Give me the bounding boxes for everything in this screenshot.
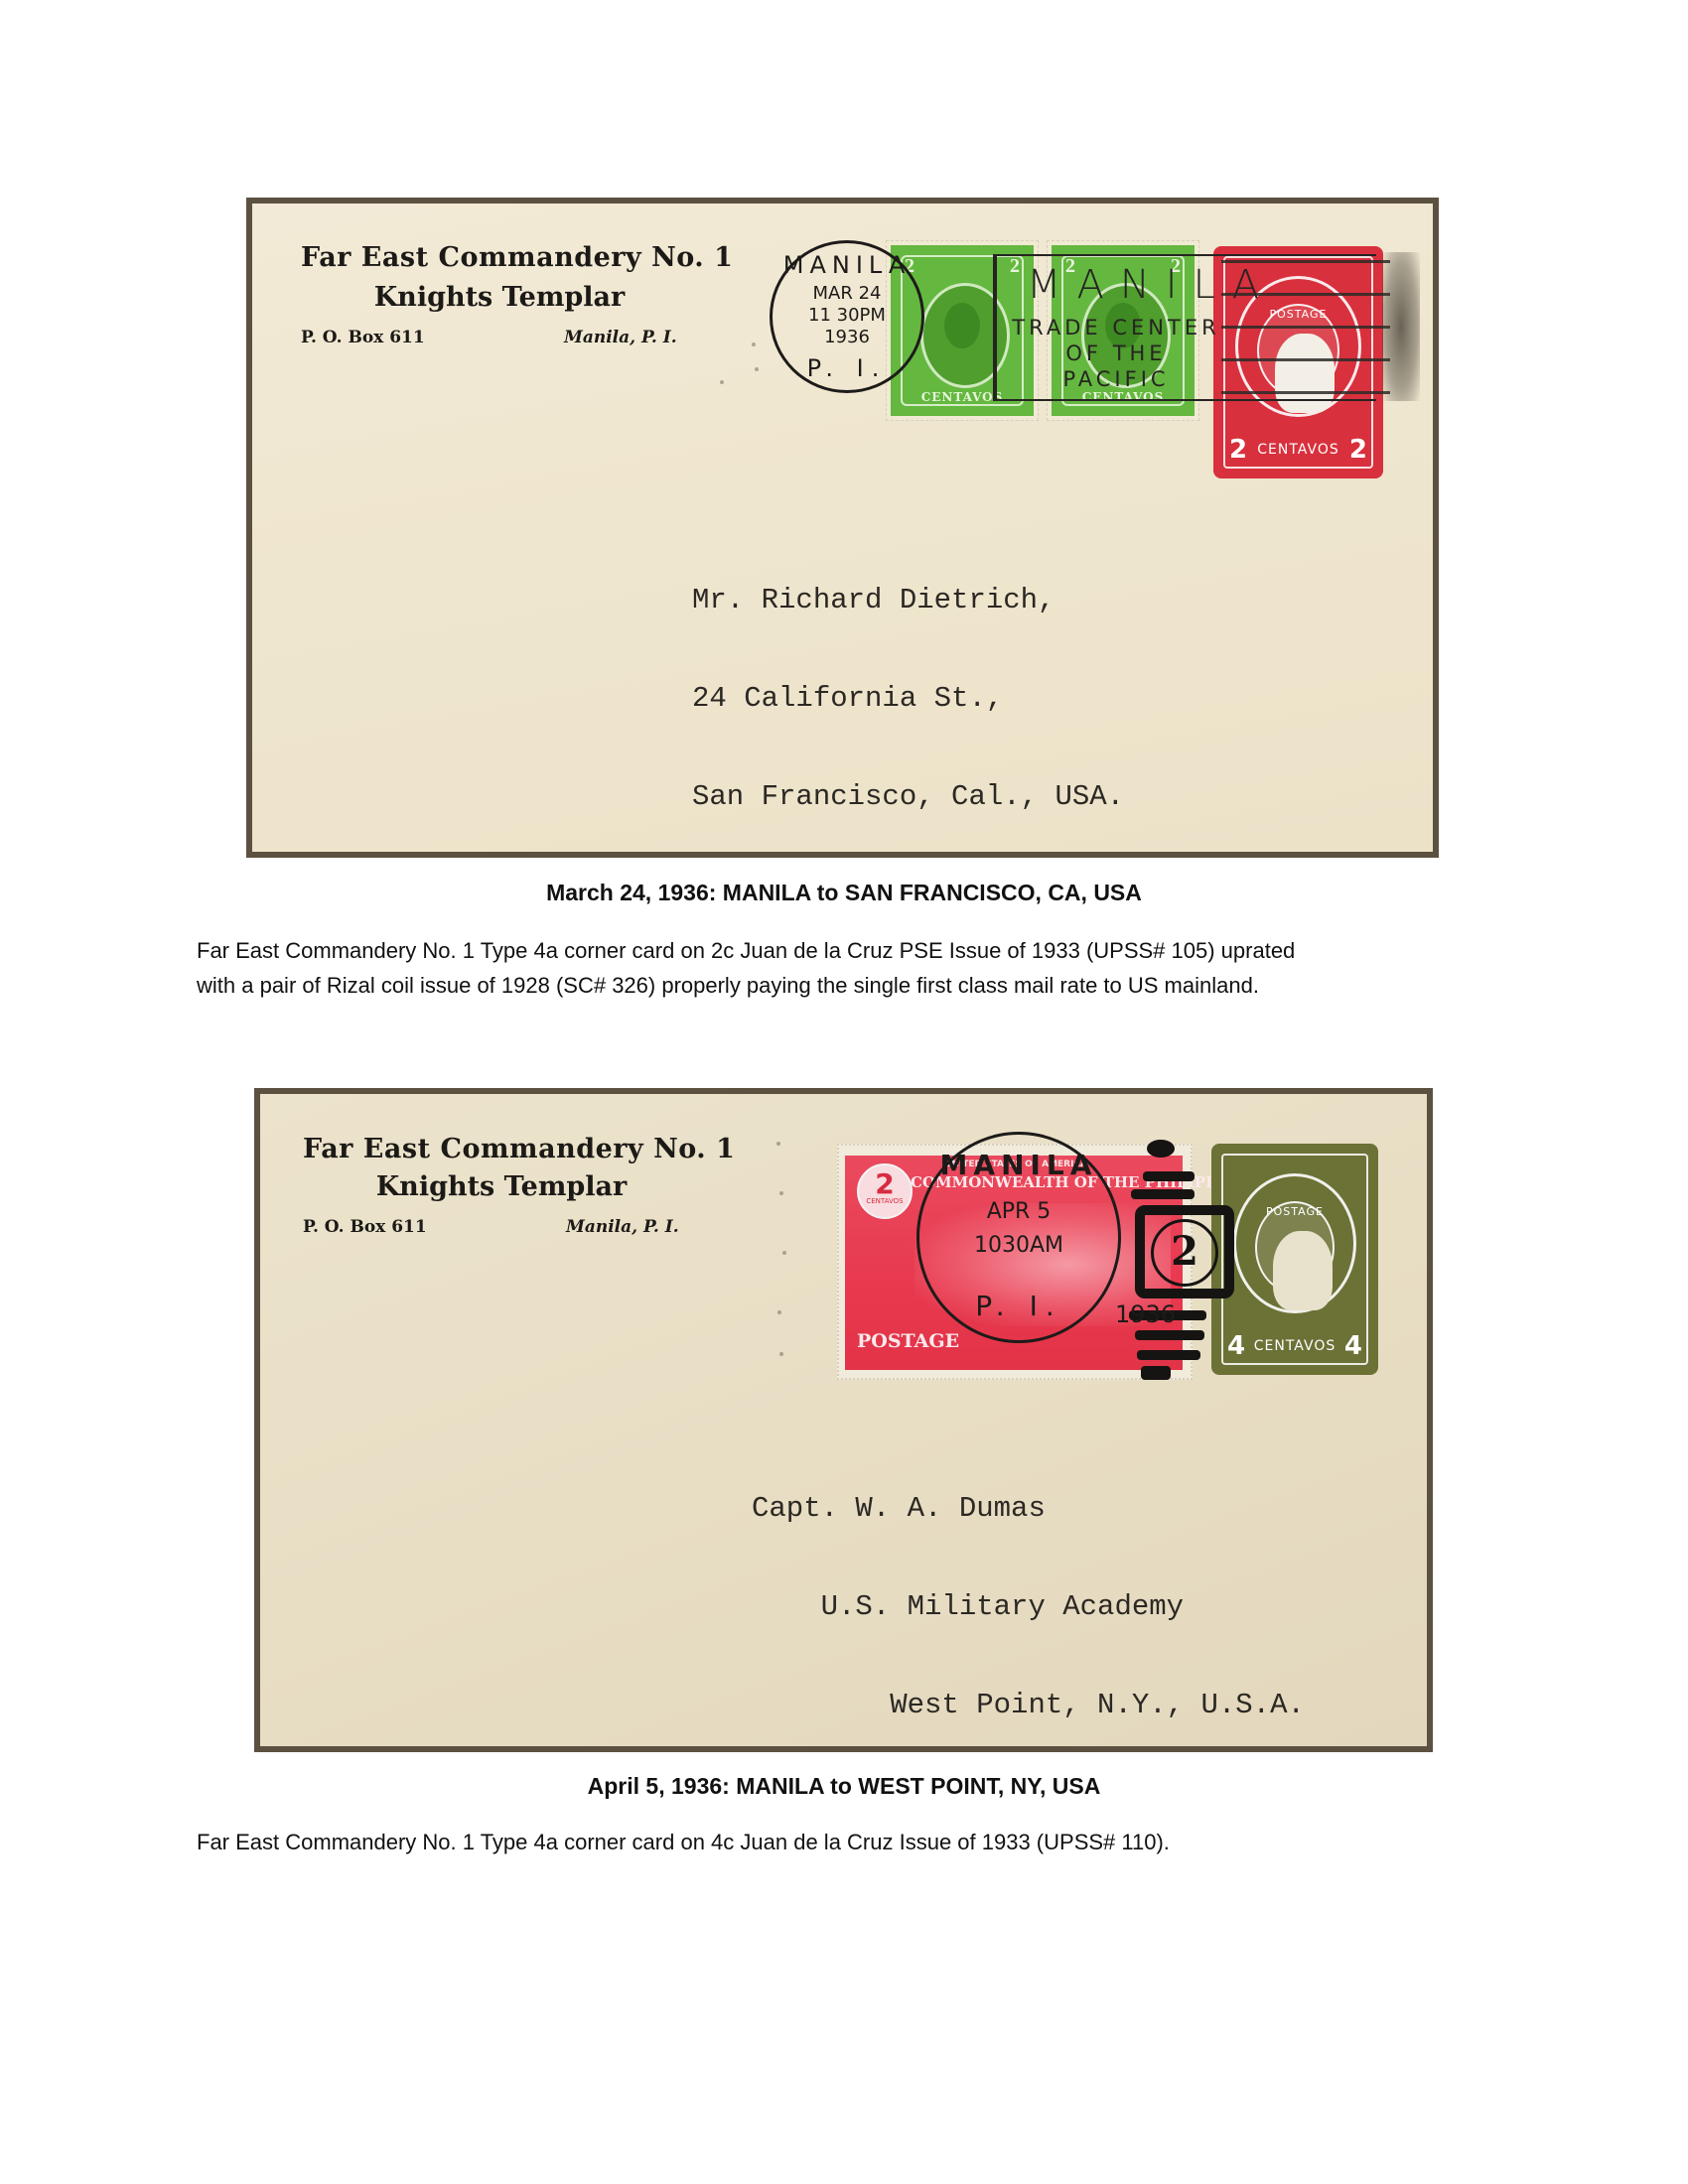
cover-description: Far East Commandery No. 1 Type 4a corner… bbox=[197, 933, 1507, 1003]
cover-caption: March 24, 1936: MANILA to SAN FRANCISCO,… bbox=[0, 880, 1688, 906]
corner-card-subtitle: Knights Templar bbox=[301, 282, 698, 313]
cover-caption: April 5, 1936: MANILA to WEST POINT, NY,… bbox=[0, 1773, 1688, 1800]
recipient-address: Mr. Richard Dietrich, 24 California St.,… bbox=[692, 518, 1124, 846]
portrait-silhouette bbox=[1273, 1231, 1333, 1310]
cancel-smudge bbox=[1382, 252, 1420, 401]
postmark-manila: MANILA APR 5 1030AM P. I. bbox=[916, 1132, 1121, 1343]
corner-card-title: Far East Commandery No. 1 bbox=[303, 1134, 700, 1164]
corner-card-city: Manila, P. I. bbox=[566, 1217, 679, 1237]
cover-description: Far East Commandery No. 1 Type 4a corner… bbox=[197, 1825, 1507, 1859]
stamped-envelope-indicium: POSTAGE 4 CENTAVOS 4 bbox=[1211, 1144, 1378, 1375]
corner-card-po-box: P. O. Box 611 bbox=[301, 328, 425, 347]
recipient-address: Capt. W. A. Dumas U.S. Military Academy … bbox=[752, 1427, 1305, 1754]
postmark-manila: MANILA MAR 24 11 30PM 1936 P. I. bbox=[770, 240, 924, 393]
corner-card-po-box: P. O. Box 611 bbox=[303, 1217, 427, 1237]
postmark-year: 1936 bbox=[1115, 1300, 1176, 1328]
duplex-cancel: 2 bbox=[1127, 1140, 1226, 1378]
corner-card: Far East Commandery No. 1 Knights Templa… bbox=[301, 242, 718, 361]
corner-card-subtitle: Knights Templar bbox=[303, 1171, 700, 1202]
corner-card-city: Manila, P. I. bbox=[564, 328, 677, 347]
corner-card-title: Far East Commandery No. 1 bbox=[301, 242, 698, 273]
killer-bars bbox=[1221, 260, 1390, 424]
corner-card: Far East Commandery No. 1 Knights Templa… bbox=[303, 1134, 720, 1253]
